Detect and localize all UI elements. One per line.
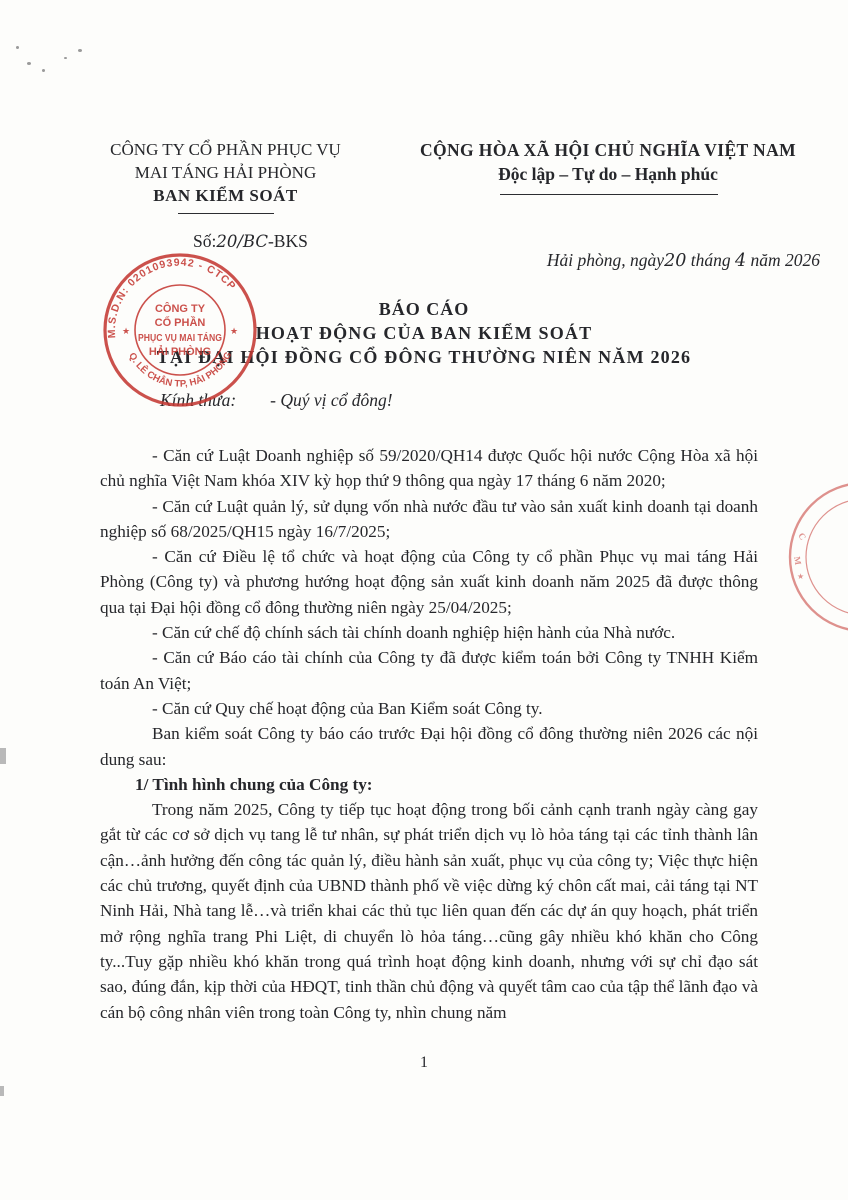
page-number: 1 — [0, 1054, 848, 1072]
issuer-header: CÔNG TY CỔ PHẦN PHỤC VỤ MAI TÁNG HẢI PHÒ… — [78, 138, 373, 207]
dateline-day-handwritten: 20 — [664, 251, 686, 271]
issuer-line3: BAN KIỂM SOÁT — [78, 184, 373, 207]
recital-paragraph: - Căn cứ Quy chế hoạt động của Ban Kiểm … — [100, 696, 758, 721]
document-body: - Căn cứ Luật Doanh nghiệp số 59/2020/QH… — [100, 443, 758, 1025]
document-number: Số:20/BC-BKS — [193, 231, 308, 252]
scan-speck — [78, 49, 82, 52]
dateline: Hải phòng, ngày20 tháng 4 năm 2026 — [547, 250, 820, 271]
recital-paragraph: - Căn cứ Luật quản lý, sử dụng vốn nhà n… — [100, 494, 758, 545]
national-header: CỘNG HÒA XÃ HỘI CHỦ NGHĨA VIỆT NAM Độc l… — [388, 138, 828, 186]
scan-edge-mark — [0, 748, 6, 764]
dateline-month-handwritten: 4 — [735, 251, 746, 271]
recital-paragraph: - Căn cứ Báo cáo tài chính của Công ty đ… — [100, 645, 758, 696]
scan-speck — [16, 46, 19, 49]
salutation-label: Kính thưa: — [160, 390, 236, 410]
title-line3: TẠI ĐẠI HỘI ĐỒNG CỔ ĐÔNG THƯỜNG NIÊN NĂM… — [0, 345, 848, 369]
salutation-text: - Quý vị cổ đông! — [270, 390, 392, 410]
doc-number-handwritten: 20/BC — [216, 232, 268, 251]
national-header-underline — [500, 194, 718, 195]
recital-paragraph: - Căn cứ Điều lệ tổ chức và hoạt động củ… — [100, 544, 758, 620]
issuer-line1: CÔNG TY CỔ PHẦN PHỤC VỤ — [78, 138, 373, 161]
section1-heading: 1/ Tình hình chung của Công ty: — [100, 772, 758, 797]
issuer-underline — [178, 213, 274, 214]
edge-stamp-glyph: C — [796, 531, 808, 542]
recital-paragraph: - Căn cứ chế độ chính sách tài chính doa… — [100, 620, 758, 645]
intro-paragraph: Ban kiểm soát Công ty báo cáo trước Đại … — [100, 721, 758, 772]
recital-paragraph: - Căn cứ Luật Doanh nghiệp số 59/2020/QH… — [100, 443, 758, 494]
doc-number-label: Số: — [193, 231, 216, 251]
salutation: Kính thưa:- Quý vị cổ đông! — [160, 390, 393, 411]
dateline-printed3: năm 2026 — [750, 250, 820, 270]
edge-stamp: C M ★ — [784, 477, 848, 637]
doc-number-suffix: -BKS — [268, 231, 308, 251]
dateline-printed1: Hải phòng, ngày — [547, 250, 664, 270]
title-line1: BÁO CÁO — [0, 297, 848, 321]
scan-speck — [27, 62, 31, 65]
national-header-line2: Độc lập – Tự do – Hạnh phúc — [388, 162, 828, 186]
scanned-document-page: CÔNG TY CỔ PHẦN PHỤC VỤ MAI TÁNG HẢI PHÒ… — [0, 0, 848, 1200]
scan-edge-mark — [0, 1086, 4, 1096]
section1-body-paragraph: Trong năm 2025, Công ty tiếp tục hoạt độ… — [100, 797, 758, 1025]
scan-speck — [42, 69, 45, 72]
national-header-line1: CỘNG HÒA XÃ HỘI CHỦ NGHĨA VIỆT NAM — [388, 138, 828, 162]
dateline-printed2: tháng — [691, 250, 731, 270]
edge-stamp-star-icon: ★ — [797, 572, 804, 581]
issuer-line2: MAI TÁNG HẢI PHÒNG — [78, 161, 373, 184]
report-title: BÁO CÁO HOẠT ĐỘNG CỦA BAN KIỂM SOÁT TẠI … — [0, 297, 848, 369]
title-line2: HOẠT ĐỘNG CỦA BAN KIỂM SOÁT — [0, 321, 848, 345]
edge-stamp-glyph: M — [792, 556, 803, 567]
scan-speck — [64, 57, 67, 59]
